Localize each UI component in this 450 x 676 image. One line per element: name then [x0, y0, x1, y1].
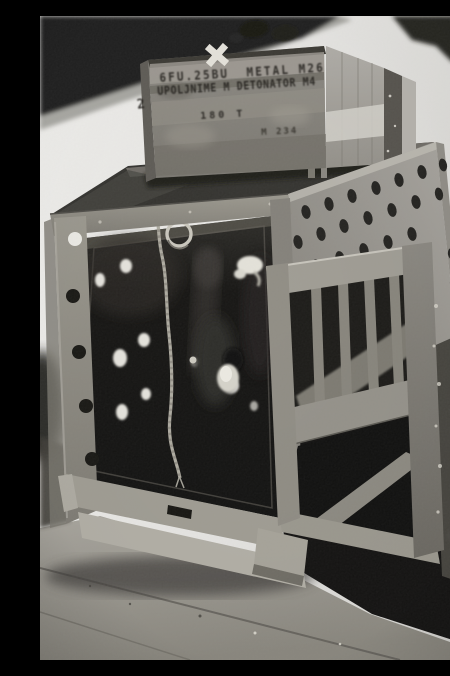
stencil-line-4: M 234 [261, 126, 299, 138]
photograph: 6FU.25BU METAL M26 UPOLJNIME M DETONATOR… [40, 16, 450, 660]
